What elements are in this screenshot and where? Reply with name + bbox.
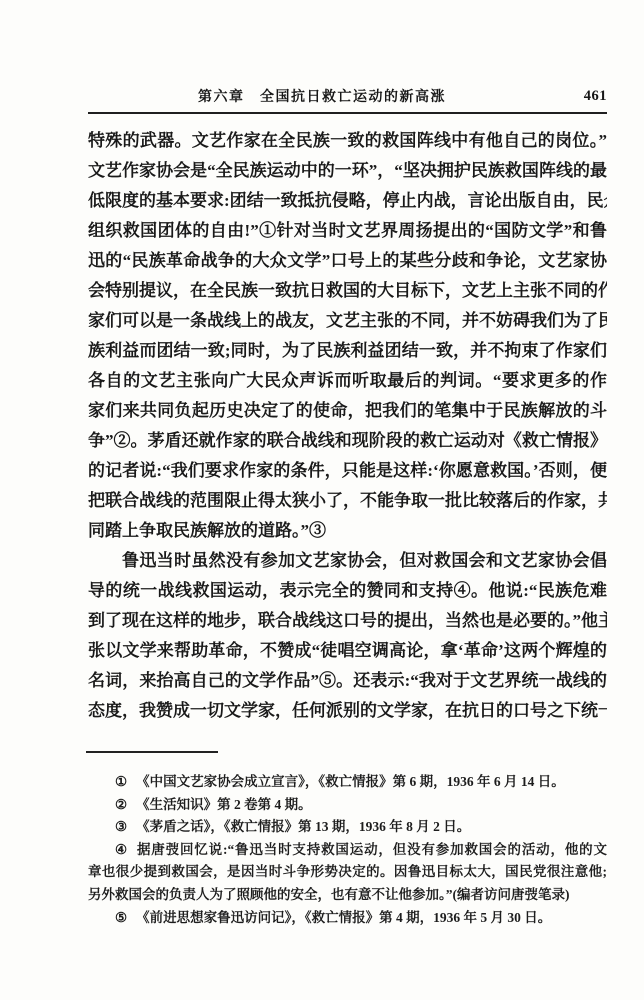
footnote-3: ③《茅盾之话》，《救亡情报》第 13 期，1936 年 8 月 2 日。 bbox=[88, 816, 607, 839]
footnote-4-continuation: 另外救国会的负责人为了照顾他的安全，也有意不让他参加。”(编者访问唐弢笔录) bbox=[88, 884, 607, 907]
body-line-paragraph-end: 同踏上争取民族解放的道路。”③ bbox=[88, 516, 607, 546]
footnote-text: 《前进思想家鲁迅访问记》，《救亡情报》第 4 期，1936 年 5 月 30 日… bbox=[136, 910, 551, 925]
footnote-separator bbox=[86, 751, 218, 753]
body-line: 家们来共同负起历史决定了的使命，把我们的笔集中于民族解放的斗 bbox=[88, 396, 607, 426]
footnote-4-continuation: 章也很少提到救国会，是因当时斗争形势决定的。因鲁迅目标太大，国民党很注意他; bbox=[88, 861, 607, 884]
body-line: 争”②。茅盾还就作家的联合战线和现阶段的救亡运动对《救亡情报》 bbox=[88, 426, 607, 456]
body-text: 特殊的武器。文艺作家在全民族一致的救国阵线中有他自己的岗位。” 文艺作家协会是“… bbox=[88, 126, 607, 726]
body-line: 文艺作家协会是“全民族运动中的一环”，“坚决拥护民族救国阵线的最 bbox=[88, 156, 607, 186]
body-line: 低限度的基本要求:团结一致抵抗侵略，停止内战，言论出版自由，民众 bbox=[88, 186, 607, 216]
footnote-text: 据唐弢回忆说:“鲁迅当时支持救国运动，但没有参加救国会的活动，他的文 bbox=[137, 842, 607, 857]
footnote-marker: ② bbox=[115, 797, 127, 812]
body-line: 会特别提议，在全民族一致抗日救国的大目标下，文艺上主张不同的作 bbox=[88, 276, 607, 306]
footnote-marker: ① bbox=[115, 774, 127, 789]
body-line: 导的统一战线救国运动，表示完全的赞同和支持④。他说:“民族危难 bbox=[88, 576, 607, 606]
footnote-5: ⑤《前进思想家鲁迅访问记》，《救亡情报》第 4 期，1936 年 5 月 30 … bbox=[88, 907, 607, 930]
running-head-chapter-title: 第六章 全国抗日救亡运动的新高涨 bbox=[0, 86, 644, 106]
footnote-marker: ⑤ bbox=[115, 910, 127, 925]
body-line: 家们可以是一条战线上的战友，文艺主张的不同，并不妨碍我们为了民 bbox=[88, 306, 607, 336]
footnotes: ①《中国文艺家协会成立宣言》，《救亡情报》第 6 期，1936 年 6 月 14… bbox=[88, 771, 607, 929]
body-line-paragraph-start: 鲁迅当时虽然没有参加文艺家协会，但对救国会和文艺家协会倡 bbox=[88, 546, 607, 576]
book-page: 第六章 全国抗日救亡运动的新高涨 461 特殊的武器。文艺作家在全民族一致的救国… bbox=[0, 0, 644, 1000]
body-line: 组织救国团体的自由!”①针对当时文艺界周扬提出的“国防文学”和鲁 bbox=[88, 216, 607, 246]
footnote-4: ④据唐弢回忆说:“鲁迅当时支持救国运动，但没有参加救国会的活动，他的文 bbox=[88, 839, 607, 862]
body-line: 张以文学来帮助革命，不赞成“徒唱空调高论，拿‘革命’这两个辉煌的 bbox=[88, 636, 607, 666]
body-line: 把联合战线的范围限止得太狭小了，不能争取一批比较落后的作家，共 bbox=[88, 486, 607, 516]
body-line: 名词，来抬高自己的文学作品”⑤。还表示:“我对于文艺界统一战线的 bbox=[88, 666, 607, 696]
footnote-text: 《中国文艺家协会成立宣言》，《救亡情报》第 6 期，1936 年 6 月 14 … bbox=[136, 774, 565, 789]
body-line: 态度，我赞成一切文学家，任何派别的文学家，在抗日的口号之下统一 bbox=[88, 696, 607, 726]
footnote-1: ①《中国文艺家协会成立宣言》，《救亡情报》第 6 期，1936 年 6 月 14… bbox=[88, 771, 607, 794]
body-line: 各自的文艺主张向广大民众声诉而听取最后的判词。“要求更多的作 bbox=[88, 366, 607, 396]
footnote-text: 《茅盾之话》，《救亡情报》第 13 期，1936 年 8 月 2 日。 bbox=[136, 819, 470, 834]
header-rule bbox=[88, 112, 607, 114]
body-line: 特殊的武器。文艺作家在全民族一致的救国阵线中有他自己的岗位。” bbox=[88, 126, 607, 156]
footnote-2: ②《生活知识》第 2 卷第 4 期。 bbox=[88, 794, 607, 817]
body-line: 到了现在这样的地步，联合战线这口号的提出，当然也是必要的。”他主 bbox=[88, 606, 607, 636]
page-number: 461 bbox=[584, 88, 607, 105]
body-line: 迅的“民族革命战争的大众文学”口号上的某些分歧和争论，文艺家协 bbox=[88, 246, 607, 276]
body-line: 的记者说:“我们要求作家的条件，只能是这样:‘你愿意救国。’否则，便 bbox=[88, 456, 607, 486]
footnote-marker: ③ bbox=[115, 819, 127, 834]
footnote-text: 《生活知识》第 2 卷第 4 期。 bbox=[136, 797, 312, 812]
body-line: 族利益而团结一致;同时，为了民族利益团结一致，并不拘束了作家们 bbox=[88, 336, 607, 366]
footnote-marker: ④ bbox=[115, 842, 128, 857]
